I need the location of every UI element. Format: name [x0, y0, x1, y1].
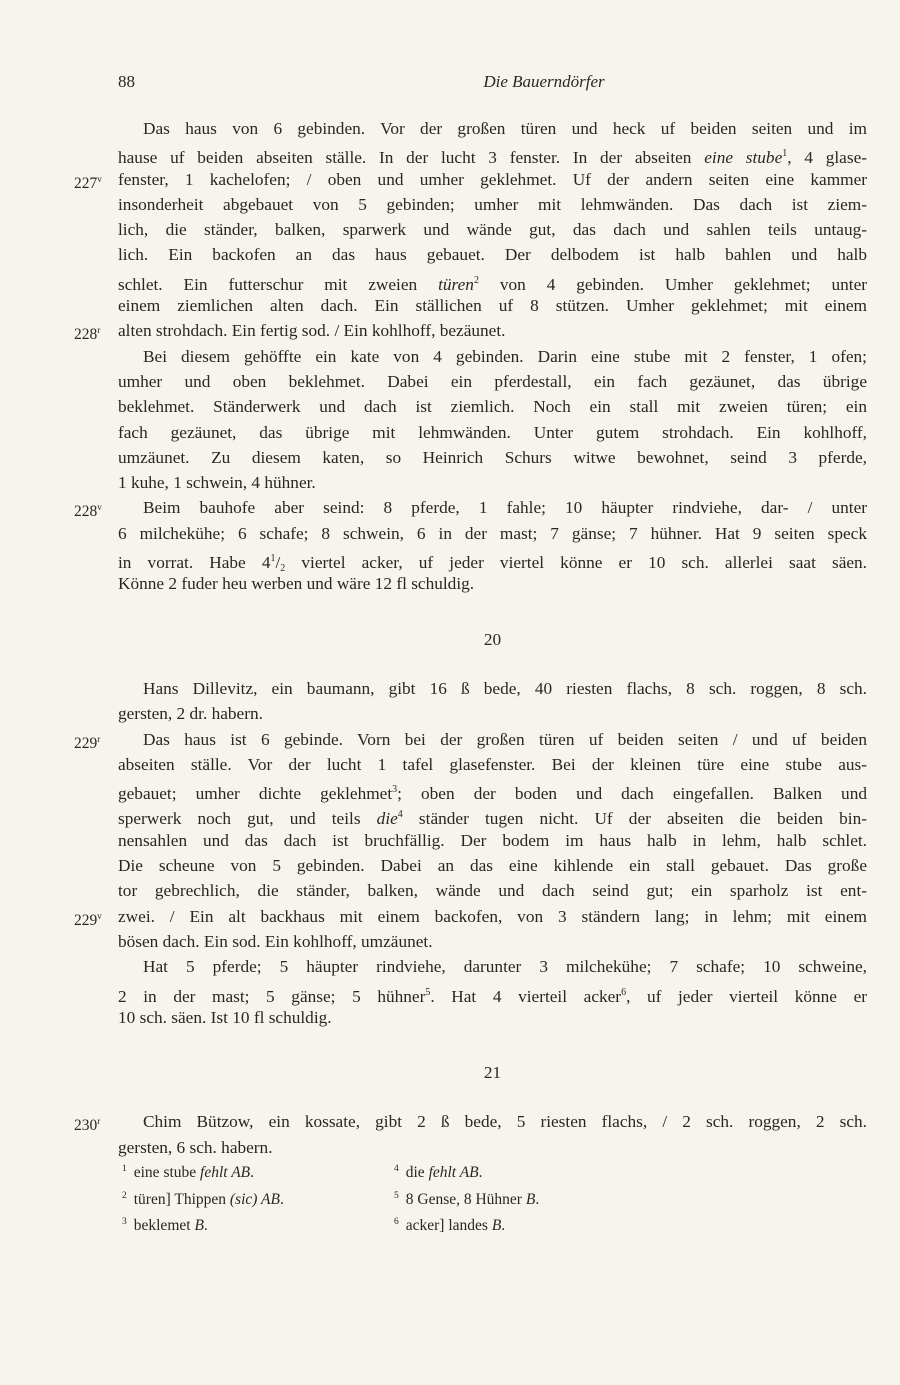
page-number: 88: [118, 72, 135, 92]
italic-phrase: türen: [438, 275, 474, 294]
folio-marker: 230r: [74, 1109, 118, 1138]
text-line: Die scheune von 5 gebinden. Dabei an das…: [118, 853, 867, 878]
text-line: Das haus von 6 gebinden. Vor der großen …: [118, 116, 867, 141]
text-line: Hat 5 pferde; 5 häupter rindviehe, darun…: [118, 954, 867, 979]
text-line: einem ziemlichen alten dach. Ein ställic…: [118, 293, 867, 318]
text-line: fach gezäunet, das übrige mit lehmwänden…: [118, 420, 867, 445]
text-line: schlet. Ein futterschur mit zweien türen…: [118, 268, 867, 293]
text-line: 229rDas haus ist 6 gebinde. Vorn bei der…: [118, 727, 867, 752]
italic-phrase: die: [377, 809, 398, 828]
text-line: Bei diesem gehöffte ein kate von 4 gebin…: [118, 344, 867, 369]
text-line: 10 sch. säen. Ist 10 fl schuldig.: [118, 1005, 867, 1030]
section-number: 20: [118, 627, 867, 652]
text-line: in vorrat. Habe 41/2 viertel acker, uf j…: [118, 546, 867, 571]
folio-marker: 228v: [74, 495, 118, 524]
text-line: 2 in der mast; 5 gänse; 5 hühner5. Hat 4…: [118, 980, 867, 1005]
section-number: 21: [118, 1060, 867, 1085]
text-line: Hans Dillevitz, ein baumann, gibt 16 ß b…: [118, 676, 867, 701]
text-line: nensahlen und das dach ist bruchfällig. …: [118, 828, 867, 853]
text-line: beklehmet. Ständerwerk und dach ist ziem…: [118, 394, 867, 419]
folio-marker: 229r: [74, 727, 118, 756]
text-line: hause uf beiden abseiten ställe. In der …: [118, 141, 867, 166]
text-line: 230rChim Bützow, ein kossate, gibt 2 ß b…: [118, 1109, 867, 1134]
text-line: gebauet; umher dichte geklehmet3; oben d…: [118, 777, 867, 802]
text-line: tor gebrechlich, die ständer, balken, wä…: [118, 878, 867, 903]
body-text: Das haus von 6 gebinden. Vor der großen …: [118, 116, 867, 1160]
folio-marker: 229v: [74, 904, 118, 933]
italic-phrase: eine stube: [704, 148, 782, 167]
text-line: lich. Ein backofen an das haus gebauet. …: [118, 242, 867, 267]
text-line: insonderheit abgebauet von 5 gebinden; u…: [118, 192, 867, 217]
text-line: 6 milchekühe; 6 schafe; 8 schwein, 6 in …: [118, 521, 867, 546]
text-line: gersten, 2 dr. habern.: [118, 701, 867, 726]
text-line: 229vzwei. / Ein alt backhaus mit einem b…: [118, 904, 867, 929]
footnote-item: 1eine stube fehlt AB.: [122, 1158, 284, 1185]
text-line: lich, die ständer, balken, sparwerk und …: [118, 217, 867, 242]
running-head: 88 Die Bauerndörfer: [118, 72, 840, 96]
footnote-item: 3beklemet B.: [122, 1211, 284, 1238]
text-line: bösen dach. Ein sod. Ein kohlhoff, umzäu…: [118, 929, 867, 954]
text-line: gersten, 6 sch. habern.: [118, 1135, 867, 1160]
text-line: Könne 2 fuder heu werben und wäre 12 fl …: [118, 571, 867, 596]
footnote-item: 2türen] Thippen (sic) AB.: [122, 1185, 284, 1212]
footnote-item: 4die fehlt AB.: [394, 1158, 539, 1185]
footnotes-left-column: 1eine stube fehlt AB. 2türen] Thippen (s…: [122, 1158, 284, 1238]
text-line: 1 kuhe, 1 schwein, 4 hühner.: [118, 470, 867, 495]
book-page: 88 Die Bauerndörfer Das haus von 6 gebin…: [0, 0, 900, 1385]
text-line: 228ralten strohdach. Ein fertig sod. / E…: [118, 318, 867, 343]
running-title: Die Bauerndörfer: [248, 72, 840, 92]
text-line: 228vBeim bauhofe aber seind: 8 pferde, 1…: [118, 495, 867, 520]
text-line: umzäunet. Zu diesem katen, so Heinrich S…: [118, 445, 867, 470]
footnotes-right-column: 4die fehlt AB. 58 Gense, 8 Hühner B. 6ac…: [394, 1158, 539, 1238]
folio-marker: 227v: [74, 167, 118, 196]
text-line: abseiten ställe. Vor der lucht 1 tafel g…: [118, 752, 867, 777]
text-line: 227vfenster, 1 kachelofen; / oben und um…: [118, 167, 867, 192]
text-line: umher und oben beklehmet. Dabei ein pfer…: [118, 369, 867, 394]
folio-marker: 228r: [74, 318, 118, 347]
footnote-item: 6acker] landes B.: [394, 1211, 539, 1238]
footnote-item: 58 Gense, 8 Hühner B.: [394, 1185, 539, 1212]
text-line: sperwerk noch gut, und teils die4 stände…: [118, 802, 867, 827]
